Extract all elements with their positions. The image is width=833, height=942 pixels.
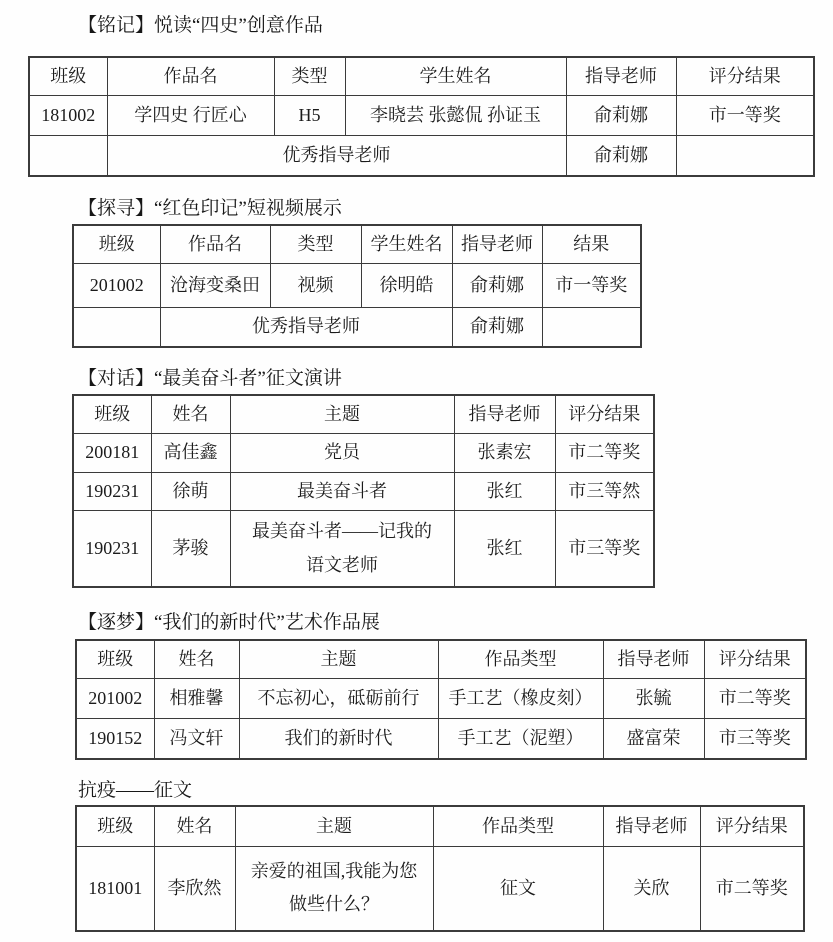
header-row: 班级作品名类型学生姓名指导老师结果 [73,225,641,264]
column-header: 主题 [230,395,454,434]
column-header: 评分结果 [676,57,814,96]
table-cell: 市三等奖 [704,719,806,759]
table-cell: 相雅馨 [154,679,239,719]
table-cell: 市一等奖 [542,264,641,308]
results-table-3: 班级姓名主题指导老师评分结果200181高佳鑫党员张素宏市二等奖190231徐萌… [72,394,655,588]
table-row: 201002沧海变桑田视频徐明皓俞莉娜市一等奖 [73,264,641,308]
table-cell: 视频 [270,264,361,308]
column-header: 作品类型 [433,806,603,846]
column-header: 学生姓名 [361,225,452,264]
section-title: 抗疫——征文 [78,779,192,802]
column-header: 主题 [235,806,433,846]
table-row: 201002相雅馨不忘初心，砥砺前行手工艺（橡皮刻）张毓市二等奖 [76,679,806,719]
column-header: 指导老师 [452,225,542,264]
header-row: 班级作品名类型学生姓名指导老师评分结果 [29,57,814,96]
table-row: 190231徐萌最美奋斗者张红市三等然 [73,472,654,510]
column-header: 指导老师 [603,806,700,846]
table-cell: 学四史 行匠心 [107,96,274,136]
table-cell: 茅骏 [151,510,230,587]
column-header: 班级 [73,395,151,434]
column-header: 评分结果 [700,806,804,846]
results-table-1: 班级作品名类型学生姓名指导老师评分结果181002学四史 行匠心H5李晓芸 张懿… [28,56,815,177]
empty-cell [73,308,160,347]
column-header: 评分结果 [704,640,806,679]
table-cell: 李欣然 [154,846,235,931]
table-cell: 徐萌 [151,472,230,510]
column-header: 姓名 [154,640,239,679]
column-header: 作品名 [107,57,274,96]
table-cell: 201002 [73,264,160,308]
table-row: 181001李欣然亲爱的祖国,我能为您 做些什么？征文关欣市二等奖 [76,846,804,931]
table-cell: 党员 [230,434,454,472]
column-header: 姓名 [154,806,235,846]
column-header: 指导老师 [603,640,704,679]
table-cell: 手工艺（泥塑） [438,719,603,759]
table-cell: 190231 [73,510,151,587]
table-row: 190152冯文轩我们的新时代手工艺（泥塑）盛富荣市三等奖 [76,719,806,759]
header-row: 班级姓名主题作品类型指导老师评分结果 [76,640,806,679]
empty-cell [676,136,814,176]
table-cell: 李晓芸 张懿侃 孙证玉 [345,96,566,136]
column-header: 指导老师 [454,395,555,434]
table-cell: H5 [274,96,345,136]
empty-cell [542,308,641,347]
table-cell: 市二等奖 [700,846,804,931]
table-cell: 181002 [29,96,107,136]
table-cell: 张毓 [603,679,704,719]
merged-footer-row: 优秀指导老师俞莉娜 [73,308,641,347]
column-header: 班级 [29,57,107,96]
table-cell: 关欣 [603,846,700,931]
table-cell: 181001 [76,846,154,931]
table-cell: 张红 [454,510,555,587]
table-cell: 高佳鑫 [151,434,230,472]
section-title: 【探寻】“红色印记”短视频展示 [78,197,342,220]
table-cell: 徐明皓 [361,264,452,308]
table-cell: 市一等奖 [676,96,814,136]
column-header: 学生姓名 [345,57,566,96]
table-cell: 市三等然 [555,472,654,510]
column-header: 班级 [76,806,154,846]
table-cell: 市二等奖 [704,679,806,719]
column-header: 类型 [274,57,345,96]
section-title: 【对话】“最美奋斗者”征文演讲 [78,367,342,390]
column-header: 结果 [542,225,641,264]
column-header: 班级 [76,640,154,679]
column-header: 主题 [239,640,438,679]
table-cell: 190231 [73,472,151,510]
table-cell: 盛富荣 [603,719,704,759]
teacher-name-cell: 俞莉娜 [452,308,542,347]
column-header: 班级 [73,225,160,264]
results-table-4: 班级姓名主题作品类型指导老师评分结果201002相雅馨不忘初心，砥砺前行手工艺（… [75,639,807,760]
table-cell: 190152 [76,719,154,759]
results-table-2: 班级作品名类型学生姓名指导老师结果201002沧海变桑田视频徐明皓俞莉娜市一等奖… [72,224,642,348]
table-cell: 俞莉娜 [452,264,542,308]
section-title: 【铭记】悦读“四史”创意作品 [78,14,323,37]
table-cell: 亲爱的祖国,我能为您 做些什么？ [235,846,433,931]
column-header: 作品名 [160,225,270,264]
table-cell: 沧海变桑田 [160,264,270,308]
table-cell: 俞莉娜 [566,96,676,136]
column-header: 作品类型 [438,640,603,679]
teacher-name-cell: 俞莉娜 [566,136,676,176]
awards-document-page: 【铭记】悦读“四史”创意作品班级作品名类型学生姓名指导老师评分结果181002学… [0,0,833,942]
table-cell: 不忘初心，砥砺前行 [239,679,438,719]
empty-cell [29,136,107,176]
results-table-5: 班级姓名主题作品类型指导老师评分结果181001李欣然亲爱的祖国,我能为您 做些… [75,805,805,932]
header-row: 班级姓名主题指导老师评分结果 [73,395,654,434]
table-cell: 201002 [76,679,154,719]
column-header: 评分结果 [555,395,654,434]
table-cell: 市二等奖 [555,434,654,472]
table-cell: 最美奋斗者 [230,472,454,510]
table-cell: 征文 [433,846,603,931]
table-row: 190231茅骏最美奋斗者——记我的 语文老师张红市三等奖 [73,510,654,587]
column-header: 类型 [270,225,361,264]
table-cell: 手工艺（橡皮刻） [438,679,603,719]
column-header: 姓名 [151,395,230,434]
table-cell: 张素宏 [454,434,555,472]
table-row: 200181高佳鑫党员张素宏市二等奖 [73,434,654,472]
table-cell: 我们的新时代 [239,719,438,759]
header-row: 班级姓名主题作品类型指导老师评分结果 [76,806,804,846]
merged-label-cell: 优秀指导老师 [160,308,452,347]
table-cell: 市三等奖 [555,510,654,587]
column-header: 指导老师 [566,57,676,96]
table-cell: 张红 [454,472,555,510]
section-title: 【逐梦】“我们的新时代”艺术作品展 [78,611,380,634]
merged-label-cell: 优秀指导老师 [107,136,566,176]
table-cell: 200181 [73,434,151,472]
table-cell: 冯文轩 [154,719,239,759]
table-cell: 最美奋斗者——记我的 语文老师 [230,510,454,587]
table-row: 181002学四史 行匠心H5李晓芸 张懿侃 孙证玉俞莉娜市一等奖 [29,96,814,136]
merged-footer-row: 优秀指导老师俞莉娜 [29,136,814,176]
